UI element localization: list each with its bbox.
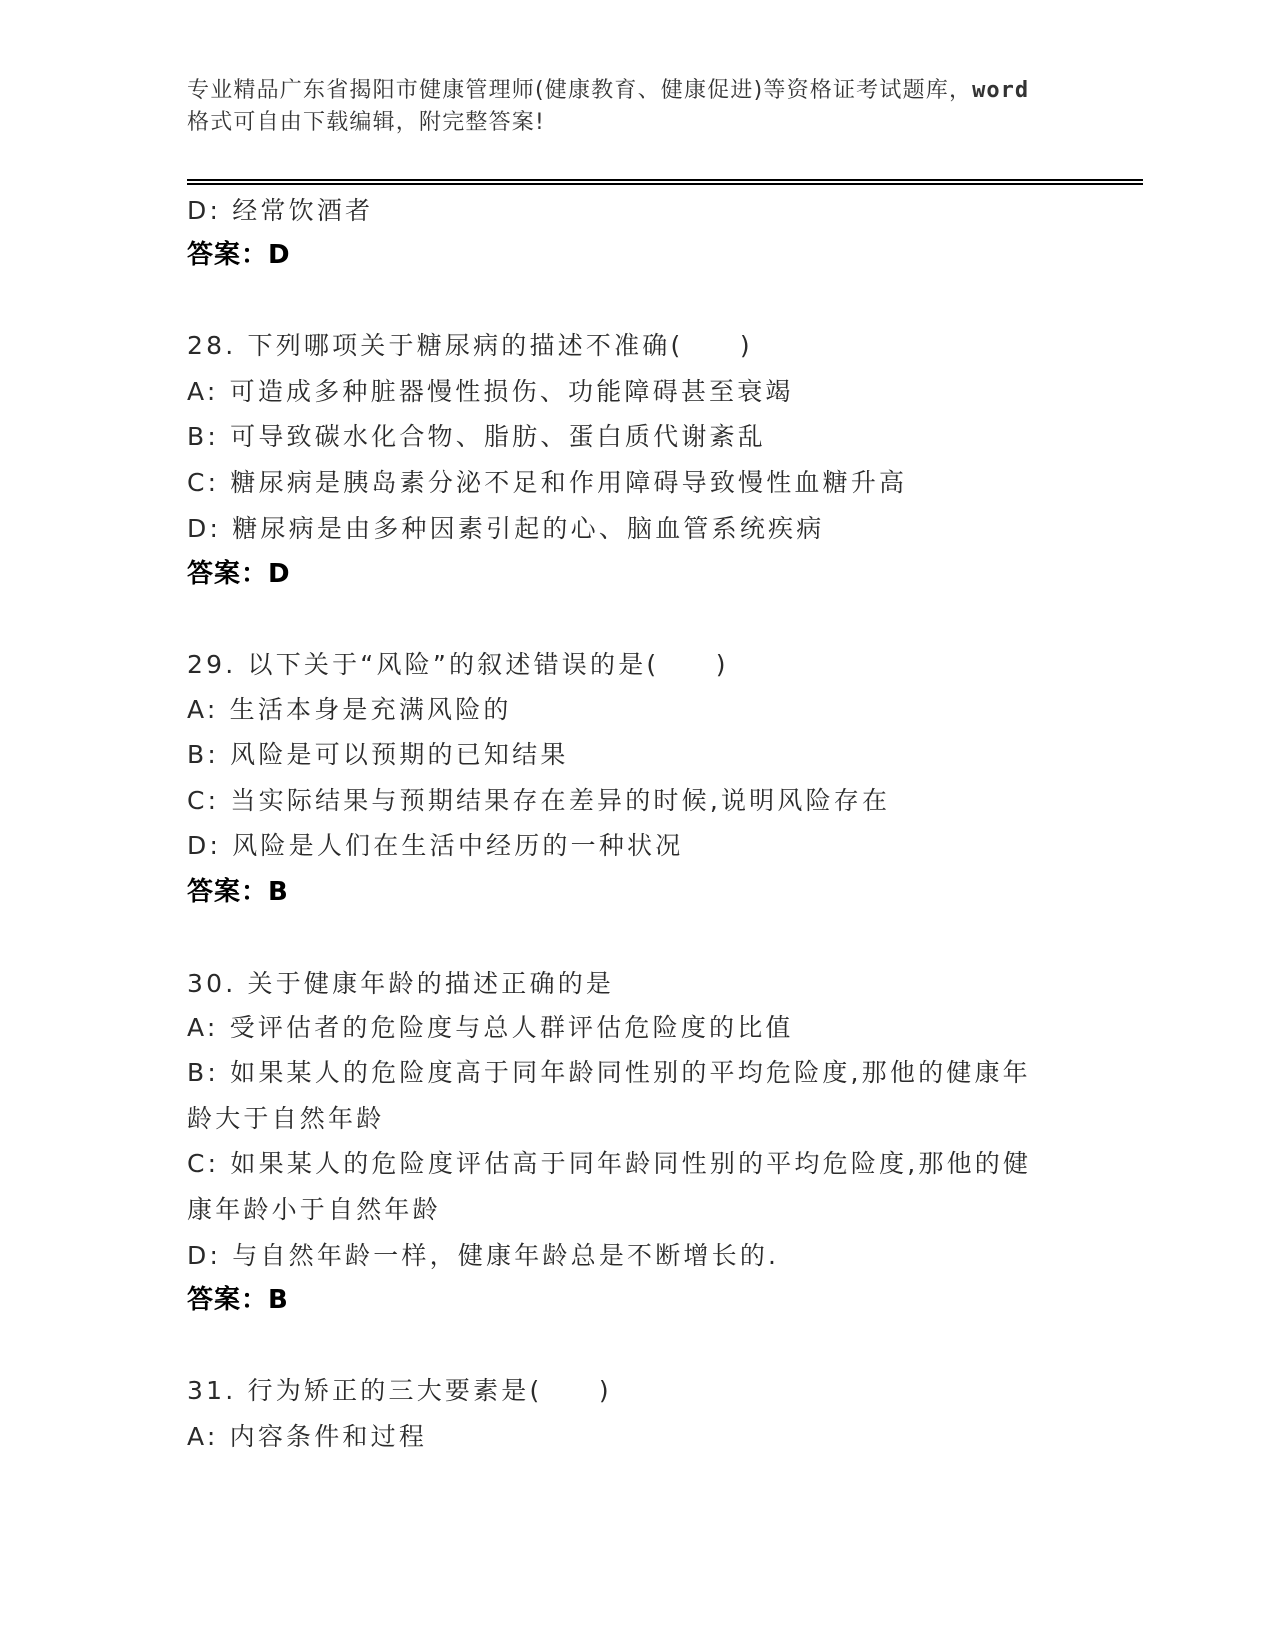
option-d-carryover: D: 经常饮酒者: [187, 198, 373, 223]
question-31-stem: 31. 行为矫正的三大要素是( ): [187, 1378, 612, 1403]
answer-carryover: 答案：D: [187, 242, 291, 268]
question-30-option-c: C: 如果某人的危险度评估高于同年龄同性别的平均危险度,那他的健: [187, 1151, 1031, 1176]
question-29-option-a: A: 生活本身是充满风险的: [187, 697, 512, 722]
question-28-answer: 答案：D: [187, 561, 291, 587]
question-30-option-b: B: 如果某人的危险度高于同年龄同性别的平均危险度,那他的健康年: [187, 1060, 1031, 1085]
question-28-stem: 28. 下列哪项关于糖尿病的描述不准确( ): [187, 333, 753, 358]
document-header-line-2: 格式可自由下载编辑，附完整答案!: [187, 112, 545, 134]
question-29-option-c: C: 当实际结果与预期结果存在差异的时候,说明风险存在: [187, 788, 890, 813]
question-29-option-b: B: 风险是可以预期的已知结果: [187, 742, 569, 767]
question-31-option-a: A: 内容条件和过程: [187, 1424, 427, 1449]
question-29-stem: 29. 以下关于“风险”的叙述错误的是( ): [187, 652, 729, 677]
header-text: 专业精品广东省揭阳市健康管理师(健康教育、健康促进)等资格证考试题库，: [187, 78, 972, 103]
question-29-option-d: D: 风险是人们在生活中经历的一种状况: [187, 833, 683, 858]
question-28-option-a: A: 可造成多种脏器慢性损伤、功能障碍甚至衰竭: [187, 379, 794, 404]
question-28-option-c: C: 糖尿病是胰岛素分泌不足和作用障碍导致慢性血糖升高: [187, 470, 907, 495]
question-30-option-c-continued: 康年龄小于自然年龄: [187, 1197, 441, 1222]
question-28-option-b: B: 可导致碳水化合物、脂肪、蛋白质代谢紊乱: [187, 424, 766, 449]
question-29-answer: 答案：B: [187, 879, 289, 905]
question-30-option-b-continued: 龄大于自然年龄: [187, 1106, 384, 1131]
question-30-option-a: A: 受评估者的危险度与总人群评估危险度的比值: [187, 1015, 794, 1040]
question-30-option-d: D: 与自然年龄一样，健康年龄总是不断增长的.: [187, 1243, 779, 1268]
question-30-stem: 30. 关于健康年龄的描述正确的是: [187, 971, 614, 996]
document-header-line-1: 专业精品广东省揭阳市健康管理师(健康教育、健康促进)等资格证考试题库，word: [187, 80, 1029, 102]
question-28-option-d: D: 糖尿病是由多种因素引起的心、脑血管系统疾病: [187, 516, 824, 541]
question-30-answer: 答案：B: [187, 1287, 289, 1313]
header-word-label: word: [972, 78, 1029, 103]
header-rule-bottom: [187, 183, 1143, 185]
header-rule-top: [187, 179, 1143, 181]
